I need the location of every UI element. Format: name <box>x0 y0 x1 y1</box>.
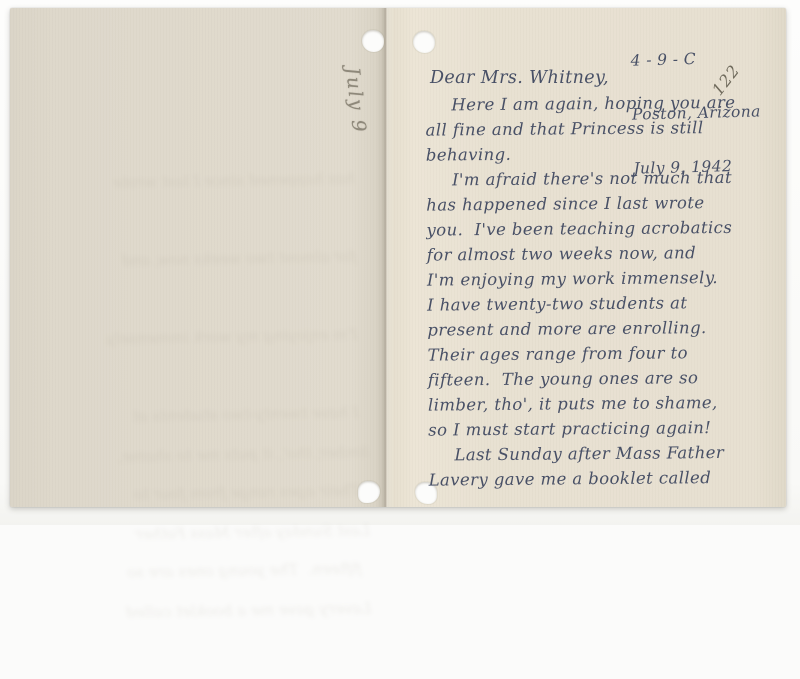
bleed-through-line: has happened since I last wrote <box>54 165 354 196</box>
bleed-through-text: limber, tho', it puts me to shame, Last … <box>38 387 373 525</box>
letter-line: limber, tho', it puts me to shame, <box>428 389 788 417</box>
letter-line: Lavery gave me a booklet called <box>429 464 789 492</box>
letter-line: you. I've been teaching acrobatics <box>426 214 786 242</box>
letter-line: for almost two weeks now, and <box>427 239 787 267</box>
punch-hole-top-right <box>413 31 435 53</box>
letter-line: Their ages range from four to <box>427 339 787 367</box>
letter-line: so I must start practicing again! <box>428 414 788 442</box>
letter-line: Here I am again, hoping you are <box>425 89 785 117</box>
bleed-through-text: has happened since I last wrote for almo… <box>53 113 362 525</box>
letter-line: behaving. <box>426 139 786 167</box>
letter-line: Last Sunday after Mass Father <box>428 439 788 467</box>
letter-line: I'm afraid there's not much that <box>426 164 786 192</box>
letter-line: I have twenty-two students at <box>427 289 787 317</box>
letter-line: all fine and that Princess is still <box>425 114 785 142</box>
punch-hole-top-left <box>362 30 384 52</box>
letter-sheet: has happened since I last wrote for almo… <box>10 8 786 507</box>
letter-line: present and more are enrolling. <box>427 314 787 342</box>
fold-crease <box>376 8 394 507</box>
bleed-through-line: limber, tho', it puts me to shame, <box>38 439 368 471</box>
bleed-through-line: I have twenty-two students at <box>58 399 358 430</box>
letter-line: fifteen. The young ones are so <box>428 364 788 392</box>
letter-line: I'm enjoying my work immensely. <box>427 264 787 292</box>
salutation: Dear Mrs. Whitney, <box>430 68 609 88</box>
bleed-through-line: Their ages range from four to <box>60 477 360 508</box>
letter-body: Here I am again, hoping you are all fine… <box>425 89 788 492</box>
pencil-annotation-date: July 9 <box>341 66 375 180</box>
bleed-through-line: I'm enjoying my work immensely. <box>57 321 357 352</box>
bleed-through-line: for almost two weeks now, and <box>56 243 356 274</box>
letter-line: has happened since I last wrote <box>426 189 786 217</box>
